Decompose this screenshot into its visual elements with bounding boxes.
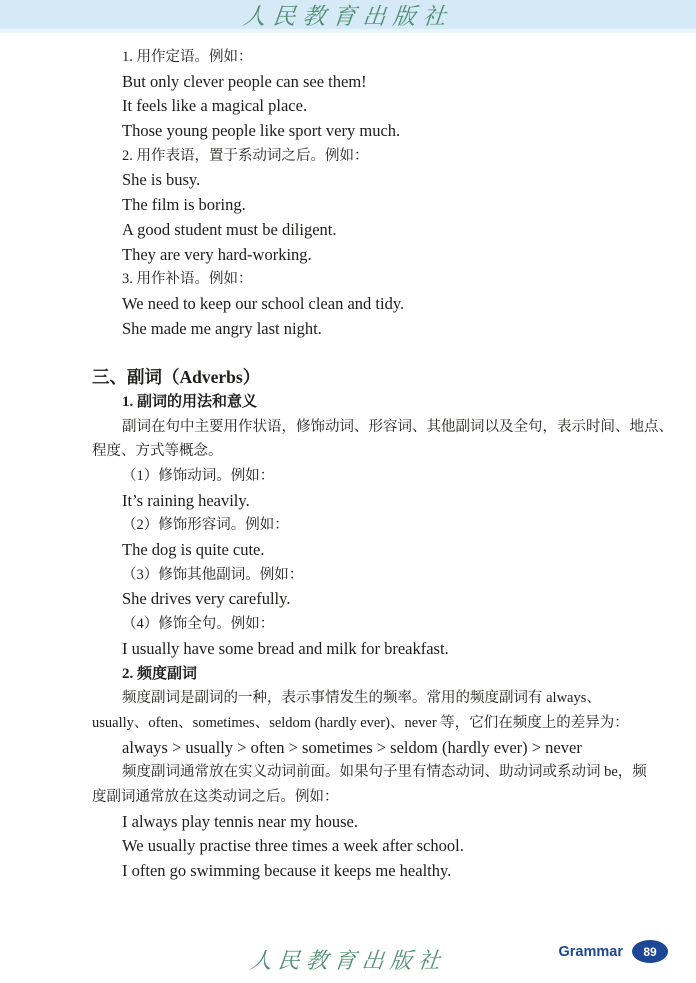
text-line: 2. 频度副词 — [92, 662, 648, 687]
text-line: It’s raining heavily. — [92, 489, 648, 514]
text-line: 1. 用作定语。例如： — [92, 45, 648, 70]
text-line: always > usually > often > sometimes > s… — [92, 736, 648, 761]
page-number-badge: 89 — [632, 940, 668, 963]
text-line: 度副词通常放在这类动词之后。例如： — [92, 785, 648, 810]
text-line: Those young people like sport very much. — [92, 119, 648, 144]
text-line: We need to keep our school clean and tid… — [92, 292, 648, 317]
text-line: （3）修饰其他副词。例如： — [92, 563, 648, 588]
text-line: 副词在句中主要用作状语，修饰动词、形容词、其他副词以及全句，表示时间、地点、 — [92, 415, 648, 440]
header-band: 人民教育出版社 — [0, 0, 696, 33]
text-line: But only clever people can see them! — [92, 70, 648, 95]
text-line: They are very hard-working. — [92, 243, 648, 268]
text-line: 1. 副词的用法和意义 — [92, 390, 648, 415]
footer-meta: Grammar 89 — [559, 940, 668, 963]
publisher-logo-footer: 人民教育出版社 — [248, 944, 447, 975]
text-line: usually、often、sometimes、seldom (hardly e… — [92, 711, 648, 736]
text-line: We usually practise three times a week a… — [92, 834, 648, 859]
text-line: She made me angry last night. — [92, 317, 648, 342]
text-line: （2）修饰形容词。例如： — [92, 513, 648, 538]
text-line: A good student must be diligent. — [92, 218, 648, 243]
text-line: 三、副词（Adverbs） — [92, 365, 648, 390]
text-line: 3. 用作补语。例如： — [92, 267, 648, 292]
text-line: She drives very carefully. — [92, 587, 648, 612]
section-label: Grammar — [559, 944, 623, 960]
text-line: 2. 用作表语，置于系动词之后。例如： — [92, 144, 648, 169]
text-line: （1）修饰动词。例如： — [92, 464, 648, 489]
text-line: I usually have some bread and milk for b… — [92, 637, 648, 662]
page-body: 1. 用作定语。例如：But only clever people can se… — [0, 33, 648, 884]
text-line: 频度副词是副词的一种，表示事情发生的频率。常用的频度副词有 always、 — [92, 686, 648, 711]
text-line: The film is boring. — [92, 193, 648, 218]
text-line: She is busy. — [92, 168, 648, 193]
text-line: I often go swimming because it keeps me … — [92, 859, 648, 884]
text-line: The dog is quite cute. — [92, 538, 648, 563]
text-line: （4）修饰全句。例如： — [92, 612, 648, 637]
text-line: 频度副词通常放在实义动词前面。如果句子里有情态动词、助动词或系动词 be，频 — [92, 760, 648, 785]
publisher-logo: 人民教育出版社 — [241, 0, 454, 31]
text-line: 程度、方式等概念。 — [92, 439, 648, 464]
text-line: It feels like a magical place. — [92, 94, 648, 119]
text-line: I always play tennis near my house. — [92, 810, 648, 835]
